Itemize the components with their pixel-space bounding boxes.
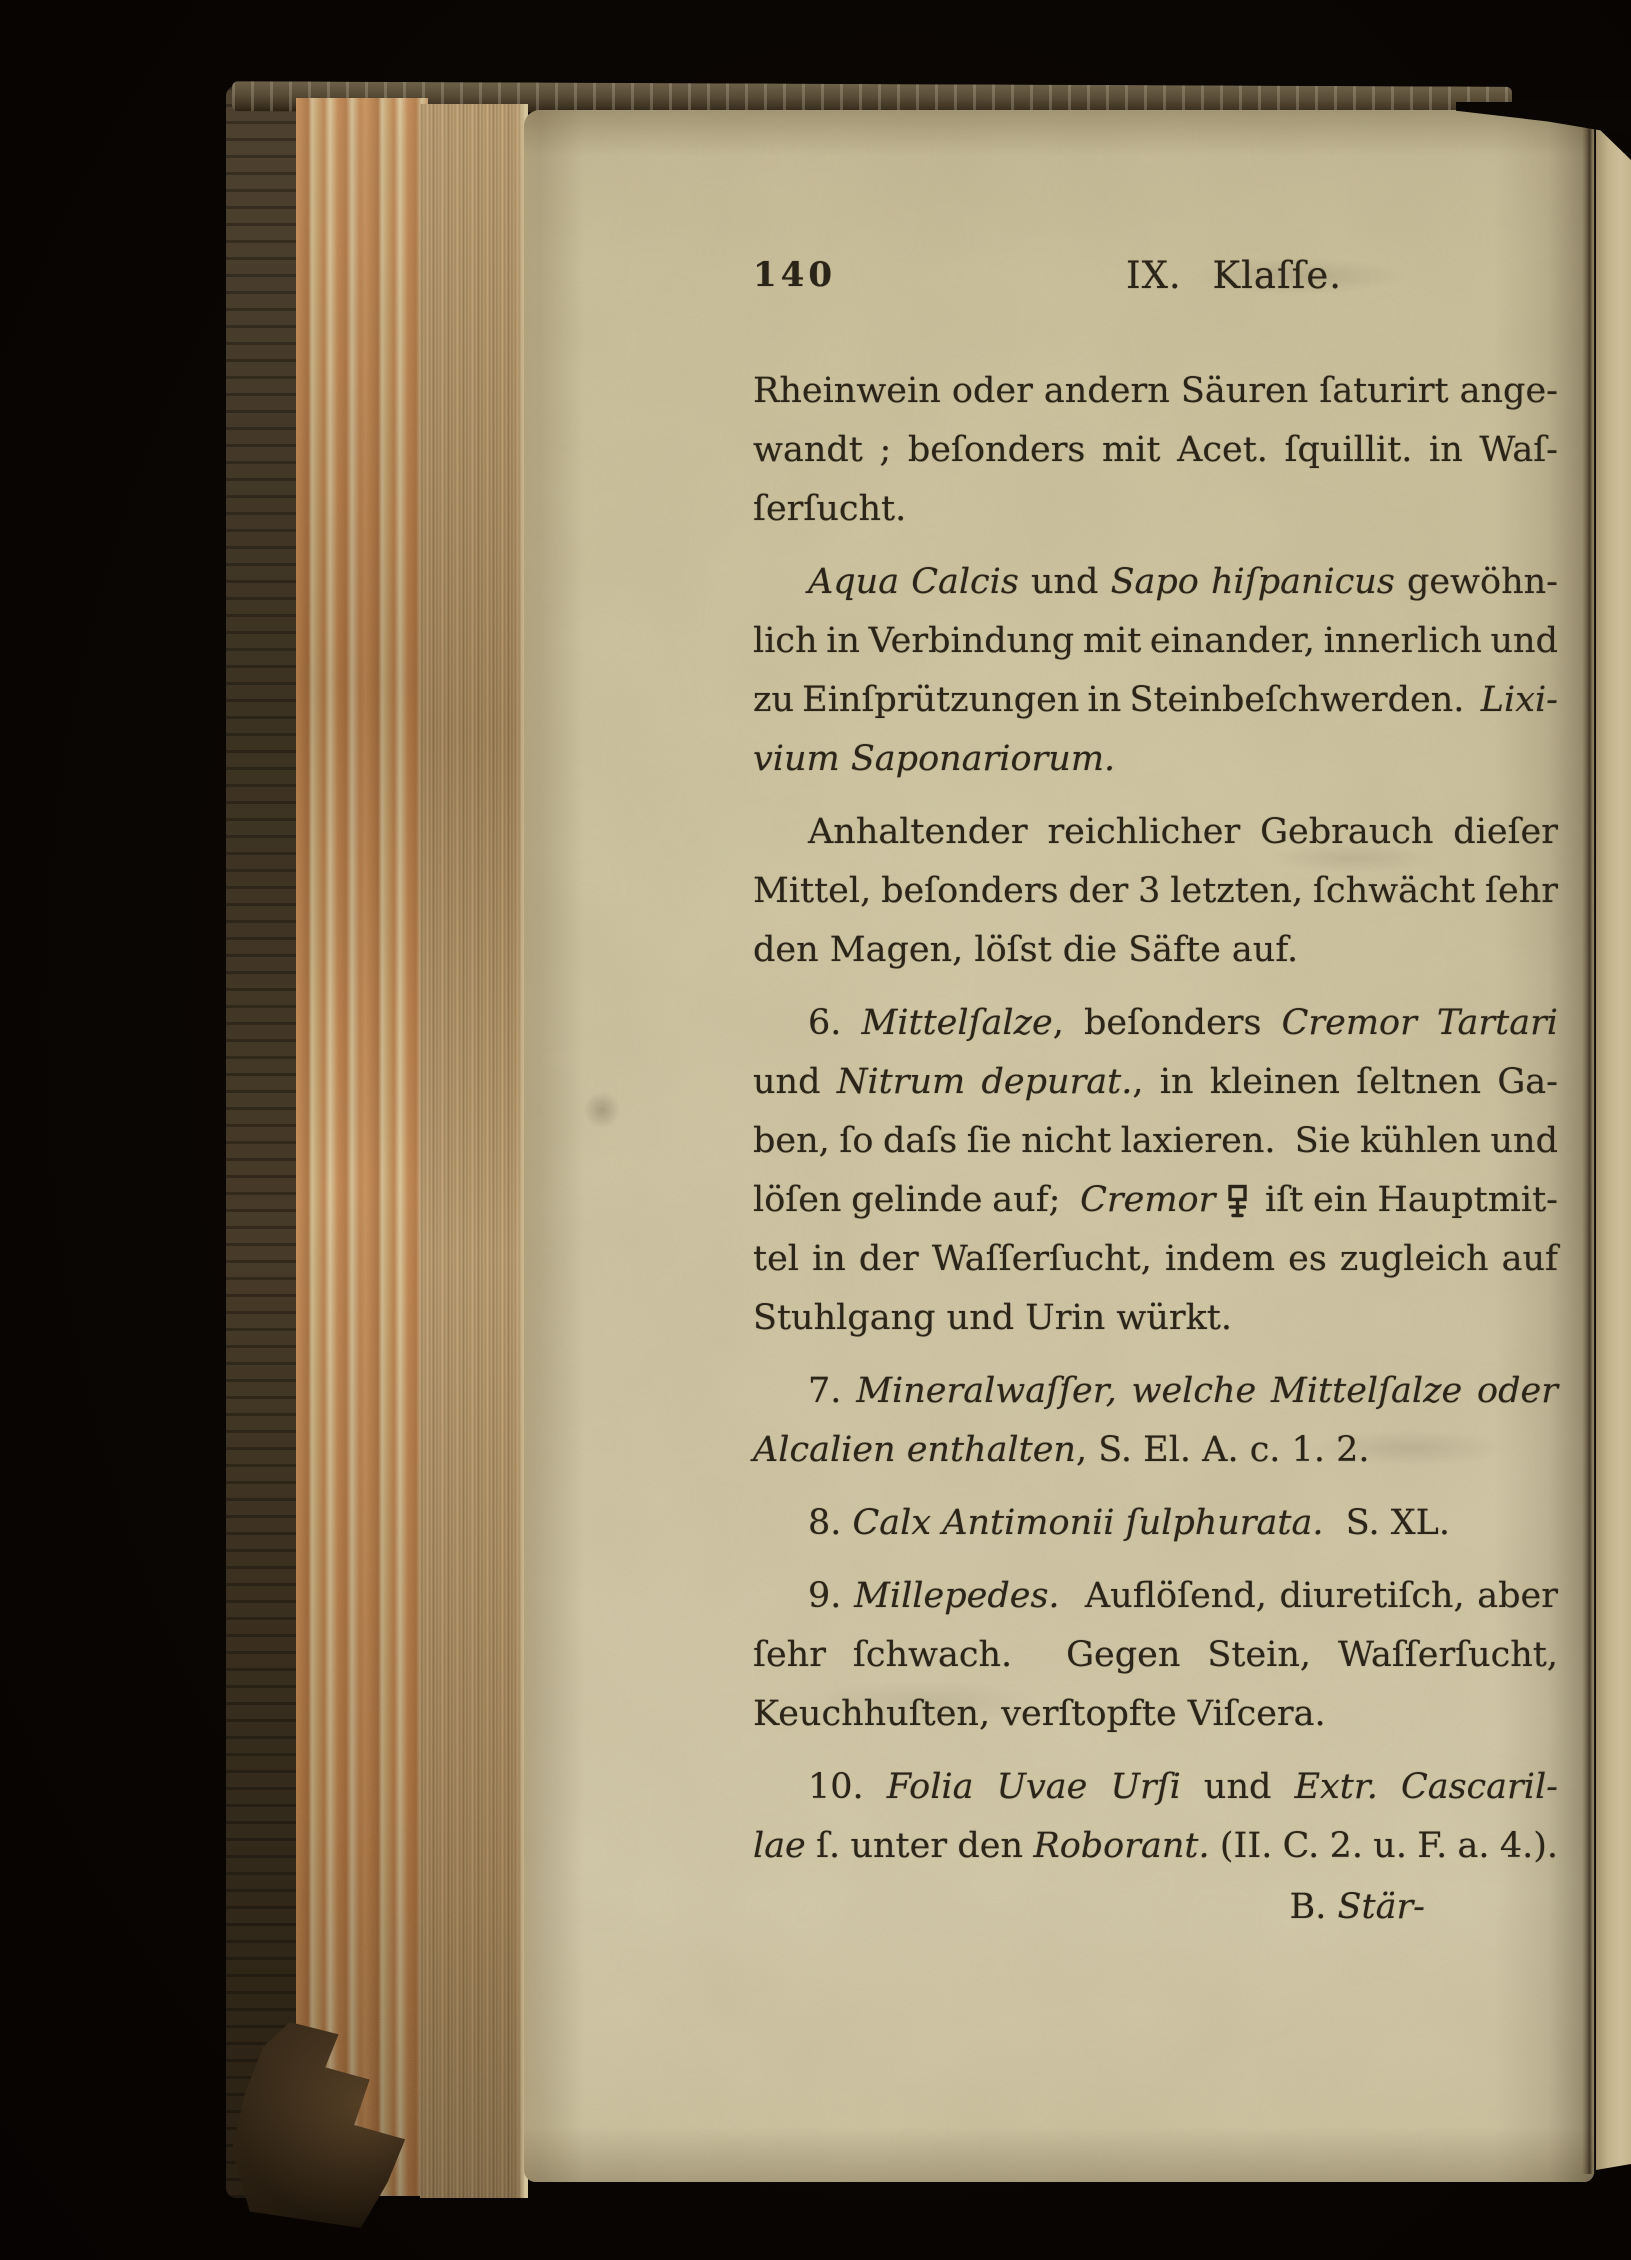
catchword: B. Stär- <box>1225 1882 1425 1932</box>
page-edge-striations <box>420 104 528 2198</box>
text-run: iſt ein Hauptmit- <box>1255 1180 1558 1220</box>
adjacent-page-edge <box>1596 124 1631 2170</box>
text-run: Mittelſalze <box>862 1003 1053 1043</box>
paragraph: Aqua Calcis und Sapo hiſpanicus gewöhn-l… <box>753 553 1558 789</box>
text-line: den Magen, löſst die Säfte auf. <box>753 921 1558 980</box>
text-line: Keuchhuſten, verſtopfte Viſcera. <box>753 1685 1558 1744</box>
text-run: 7. <box>808 1371 856 1411</box>
text-run: ſ. unter den <box>806 1826 1034 1866</box>
text-run: löſen gelinde auf; <box>753 1180 1080 1220</box>
text-run: Sapo hiſpanicus <box>1111 562 1395 602</box>
tartar-symbol-glyph <box>1225 1184 1251 1220</box>
grain-texture <box>420 104 528 2198</box>
text-line: tel in der Waſſerſucht, indem es zugleic… <box>753 1230 1558 1289</box>
paragraph: Rheinwein oder andern Säuren ſaturirt an… <box>753 362 1558 539</box>
text-run: und <box>753 1062 837 1102</box>
text-run: Extr. Cascaril- <box>1295 1767 1558 1807</box>
paragraph: 9. Millepedes. Auflöſend, diuretiſch, ab… <box>753 1567 1558 1744</box>
text-run: zu Einſprützungen in Steinbeſchwerden. <box>753 680 1481 720</box>
text-run: S. XL. <box>1323 1503 1450 1543</box>
running-header-text: IX. Klaſſe. <box>1126 254 1342 297</box>
text-run: Cremor Tartari <box>1282 1003 1558 1043</box>
book-page: 140 IX. Klaſſe. Rheinwein oder andern Sä… <box>524 110 1594 2182</box>
text-line: und Nitrum depurat., in kleinen ſeltnen … <box>753 1053 1558 1112</box>
page-crease <box>1582 116 1596 2174</box>
text-run: Anhaltender reichlicher Gebrauch dieſer <box>808 812 1558 852</box>
text-line: Anhaltender reichlicher Gebrauch dieſer <box>753 803 1558 862</box>
text-run: (II. C. 2. u. F. a. 4.). <box>1210 1826 1558 1866</box>
text-block: Rheinwein oder andern Säuren ſaturirt an… <box>753 362 1558 1876</box>
paragraph: 6. Mittelſalze, beſonders Cremor Tartari… <box>753 994 1558 1348</box>
text-run: vium Saponariorum. <box>753 739 1115 779</box>
text-line: Stuhlgang und Urin würkt. <box>753 1289 1558 1348</box>
text-run: ſerſucht. <box>753 489 906 529</box>
text-line: vium Saponariorum. <box>753 730 1558 789</box>
catchword-prefix: B. <box>1290 1887 1338 1927</box>
page-number: 140 <box>753 250 836 300</box>
text-run: Auflöſend, diuretiſch, aber <box>1060 1576 1558 1616</box>
text-run: 6. <box>808 1003 862 1043</box>
photo-background: 140 IX. Klaſſe. Rheinwein oder andern Sä… <box>0 0 1631 2260</box>
text-run: Rheinwein oder andern Säuren ſaturirt an… <box>753 371 1558 411</box>
text-line: Mittel, beſonders der 3 letzten, ſchwäch… <box>753 862 1558 921</box>
paragraph: 10. Folia Uvae Urſi und Extr. Cascaril-l… <box>753 1758 1558 1876</box>
text-run: Nitrum depurat. <box>837 1062 1133 1102</box>
text-run: 9. <box>808 1576 854 1616</box>
text-line: 9. Millepedes. Auflöſend, diuretiſch, ab… <box>753 1567 1558 1626</box>
text-line: ben, ſo daſs ſie nicht laxieren. Sie küh… <box>753 1112 1558 1171</box>
text-run: Millepedes. <box>854 1576 1059 1616</box>
blotch-texture <box>296 98 428 2196</box>
text-line: 8. Calx Antimonii ſulphurata. S. XL. <box>753 1494 1558 1553</box>
text-run: ben, ſo daſs ſie nicht laxieren. Sie küh… <box>753 1121 1558 1161</box>
text-run: Aqua Calcis <box>808 562 1019 602</box>
text-run: Keuchhuſten, verſtopfte Viſcera. <box>753 1694 1326 1734</box>
running-header: IX. Klaſſe. <box>954 251 1514 301</box>
text-line: ſerſucht. <box>753 480 1558 539</box>
text-line: lae ſ. unter den Roborant. (II. C. 2. u.… <box>753 1817 1558 1876</box>
text-run: und <box>1019 562 1111 602</box>
page-left-edge-highlight <box>524 110 540 2182</box>
text-line: ſehr ſchwach. Gegen Stein, Waſſerſucht, <box>753 1626 1558 1685</box>
page-edge-streaks <box>296 98 428 2196</box>
grain-texture <box>296 98 428 2196</box>
text-line: 7. Mineralwaſſer, welche Mittelſalze ode… <box>753 1362 1558 1421</box>
text-run: Mineralwaſſer, welche Mittelſalze oder <box>856 1371 1558 1411</box>
text-line: zu Einſprützungen in Steinbeſchwerden. L… <box>753 671 1558 730</box>
text-run: , S. El. A. c. 1. 2. <box>1076 1430 1370 1470</box>
text-run: lae <box>753 1826 806 1866</box>
text-run: Mittel, beſonders der 3 letzten, ſchwäch… <box>753 871 1558 911</box>
text-line: lich in Verbindung mit einander, innerli… <box>753 612 1558 671</box>
paragraph: 8. Calx Antimonii ſulphurata. S. XL. <box>753 1494 1558 1553</box>
text-run: gewöhn- <box>1395 562 1558 602</box>
text-line: Aqua Calcis und Sapo hiſpanicus gewöhn- <box>753 553 1558 612</box>
text-run: tel in der Waſſerſucht, indem es zugleic… <box>753 1239 1558 1279</box>
text-run: Alcalien enthalten <box>753 1430 1076 1470</box>
paragraph: 7. Mineralwaſſer, welche Mittelſalze ode… <box>753 1362 1558 1480</box>
text-run: Cremor <box>1080 1180 1225 1220</box>
text-run: Roborant. <box>1033 1826 1209 1866</box>
text-line: 6. Mittelſalze, beſonders Cremor Tartari <box>753 994 1558 1053</box>
catchword-word: Stär- <box>1338 1887 1425 1927</box>
text-run: wandt ; beſonders mit Acet. ſquillit. in… <box>753 430 1558 470</box>
text-run: 10. <box>808 1767 887 1807</box>
text-run: ſehr ſchwach. Gegen Stein, Waſſerſucht, <box>753 1635 1558 1675</box>
text-line: löſen gelinde auf; Cremor iſt ein Hauptm… <box>753 1171 1558 1230</box>
text-line: 10. Folia Uvae Urſi und Extr. Cascaril- <box>753 1758 1558 1817</box>
text-run: Folia Uvae Urſi <box>887 1767 1181 1807</box>
text-line: wandt ; beſonders mit Acet. ſquillit. in… <box>753 421 1558 480</box>
text-run: den Magen, löſst die Säfte auf. <box>753 930 1298 970</box>
text-run: 8. <box>808 1503 853 1543</box>
text-run: Lixi- <box>1481 680 1558 720</box>
text-run: Calx Antimonii ſulphurata. <box>853 1503 1324 1543</box>
text-run: und <box>1181 1767 1295 1807</box>
paragraph: Anhaltender reichlicher Gebrauch dieſerM… <box>753 803 1558 980</box>
page-number-text: 140 <box>753 255 836 295</box>
text-line: Alcalien enthalten, S. El. A. c. 1. 2. <box>753 1421 1558 1480</box>
text-run: , beſonders <box>1053 1003 1282 1043</box>
text-run: Stuhlgang und Urin würkt. <box>753 1298 1232 1338</box>
text-run: , in kleinen ſeltnen Ga- <box>1132 1062 1558 1102</box>
text-run: lich in Verbindung mit einander, innerli… <box>753 621 1558 661</box>
text-line: Rheinwein oder andern Säuren ſaturirt an… <box>753 362 1558 421</box>
